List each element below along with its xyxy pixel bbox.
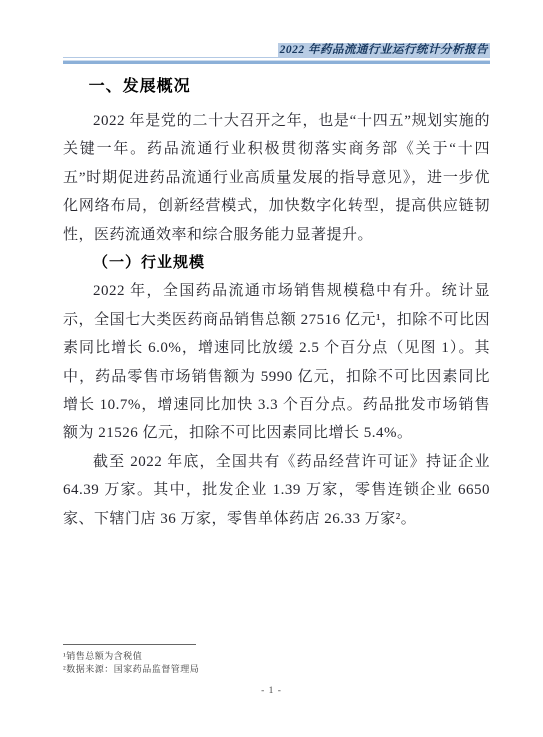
footnotes-section: ¹销售总额为含税值 ²数据来源：国家药品监督管理局	[63, 644, 490, 676]
report-header-title: 2022 年药品流通行业运行统计分析报告	[278, 43, 490, 58]
paragraph-intro: 2022 年是党的二十大召开之年，也是“十四五”规划实施的关键一年。药品流通行业…	[63, 107, 490, 249]
subsection-heading-industry-scale: （一）行业规模	[63, 249, 490, 277]
header-divider-thick-line	[63, 60, 490, 64]
section-heading-development-overview: 一、发展概况	[63, 76, 490, 98]
footnote-divider	[63, 644, 196, 645]
document-page: 2022 年药品流通行业运行统计分析报告 一、发展概况 2022 年是党的二十大…	[0, 0, 543, 737]
header-divider	[63, 57, 490, 64]
paragraph-market-scale: 2022 年，全国药品流通市场销售规模稳中有升。统计显示，全国七大类医药商品销售…	[63, 277, 490, 447]
paragraph-license-statistics: 截至 2022 年底，全国共有《药品经营许可证》持证企业 64.39 万家。其中…	[63, 448, 490, 533]
footnote-2: ²数据来源：国家药品监督管理局	[63, 663, 490, 676]
page-header: 2022 年药品流通行业运行统计分析报告	[63, 40, 490, 58]
footnote-1: ¹销售总额为含税值	[63, 650, 490, 663]
header-divider-thin-line	[63, 57, 490, 58]
document-body: 一、发展概况 2022 年是党的二十大召开之年，也是“十四五”规划实施的关键一年…	[63, 76, 490, 533]
page-number: - 1 -	[0, 686, 543, 696]
